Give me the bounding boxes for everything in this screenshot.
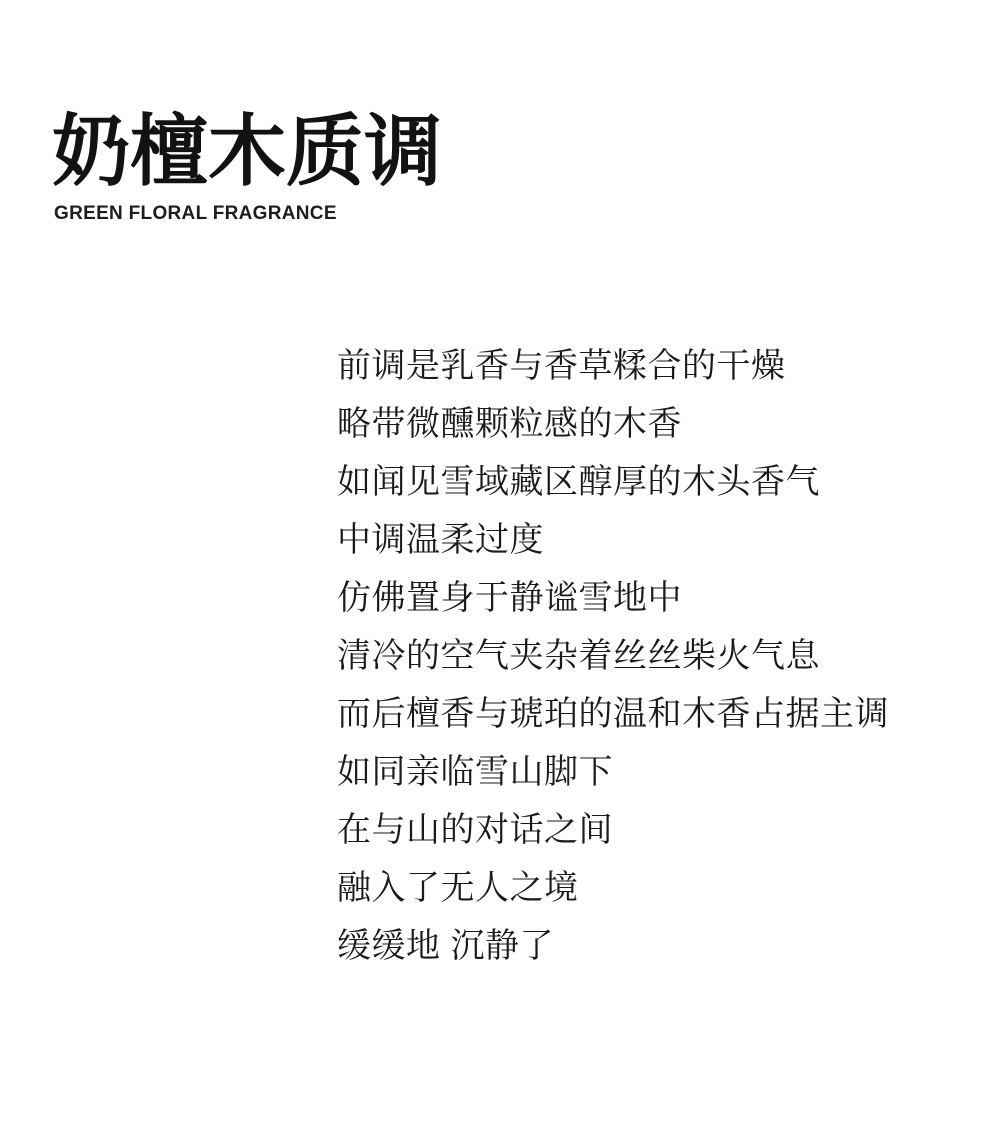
page-title: 奶檀木质调: [52, 112, 442, 192]
body-line: 如闻见雪域藏区醇厚的木头香气: [337, 453, 889, 511]
body-line: 而后檀香与琥珀的温和木香占据主调: [337, 685, 889, 743]
header: 奶檀木质调 GREEN FLORAL FRAGRANCE: [52, 112, 442, 224]
page-subtitle: GREEN FLORAL FRAGRANCE: [54, 204, 442, 224]
body-line: 略带微醺颗粒感的木香: [337, 395, 889, 453]
body-line: 融入了无人之境: [337, 859, 889, 917]
page: 奶檀木质调 GREEN FLORAL FRAGRANCE 前调是乳香与香草糅合的…: [0, 0, 990, 1148]
body-line: 在与山的对话之间: [337, 801, 889, 859]
body-line: 如同亲临雪山脚下: [337, 743, 889, 801]
body-line: 缓缓地 沉静了: [337, 917, 889, 975]
body-line: 中调温柔过度: [337, 511, 889, 569]
description-text-block: 前调是乳香与香草糅合的干燥 略带微醺颗粒感的木香 如闻见雪域藏区醇厚的木头香气 …: [337, 337, 889, 975]
body-line: 仿佛置身于静谧雪地中: [337, 569, 889, 627]
body-line: 清冷的空气夹杂着丝丝柴火气息: [337, 627, 889, 685]
body-line: 前调是乳香与香草糅合的干燥: [337, 337, 889, 395]
